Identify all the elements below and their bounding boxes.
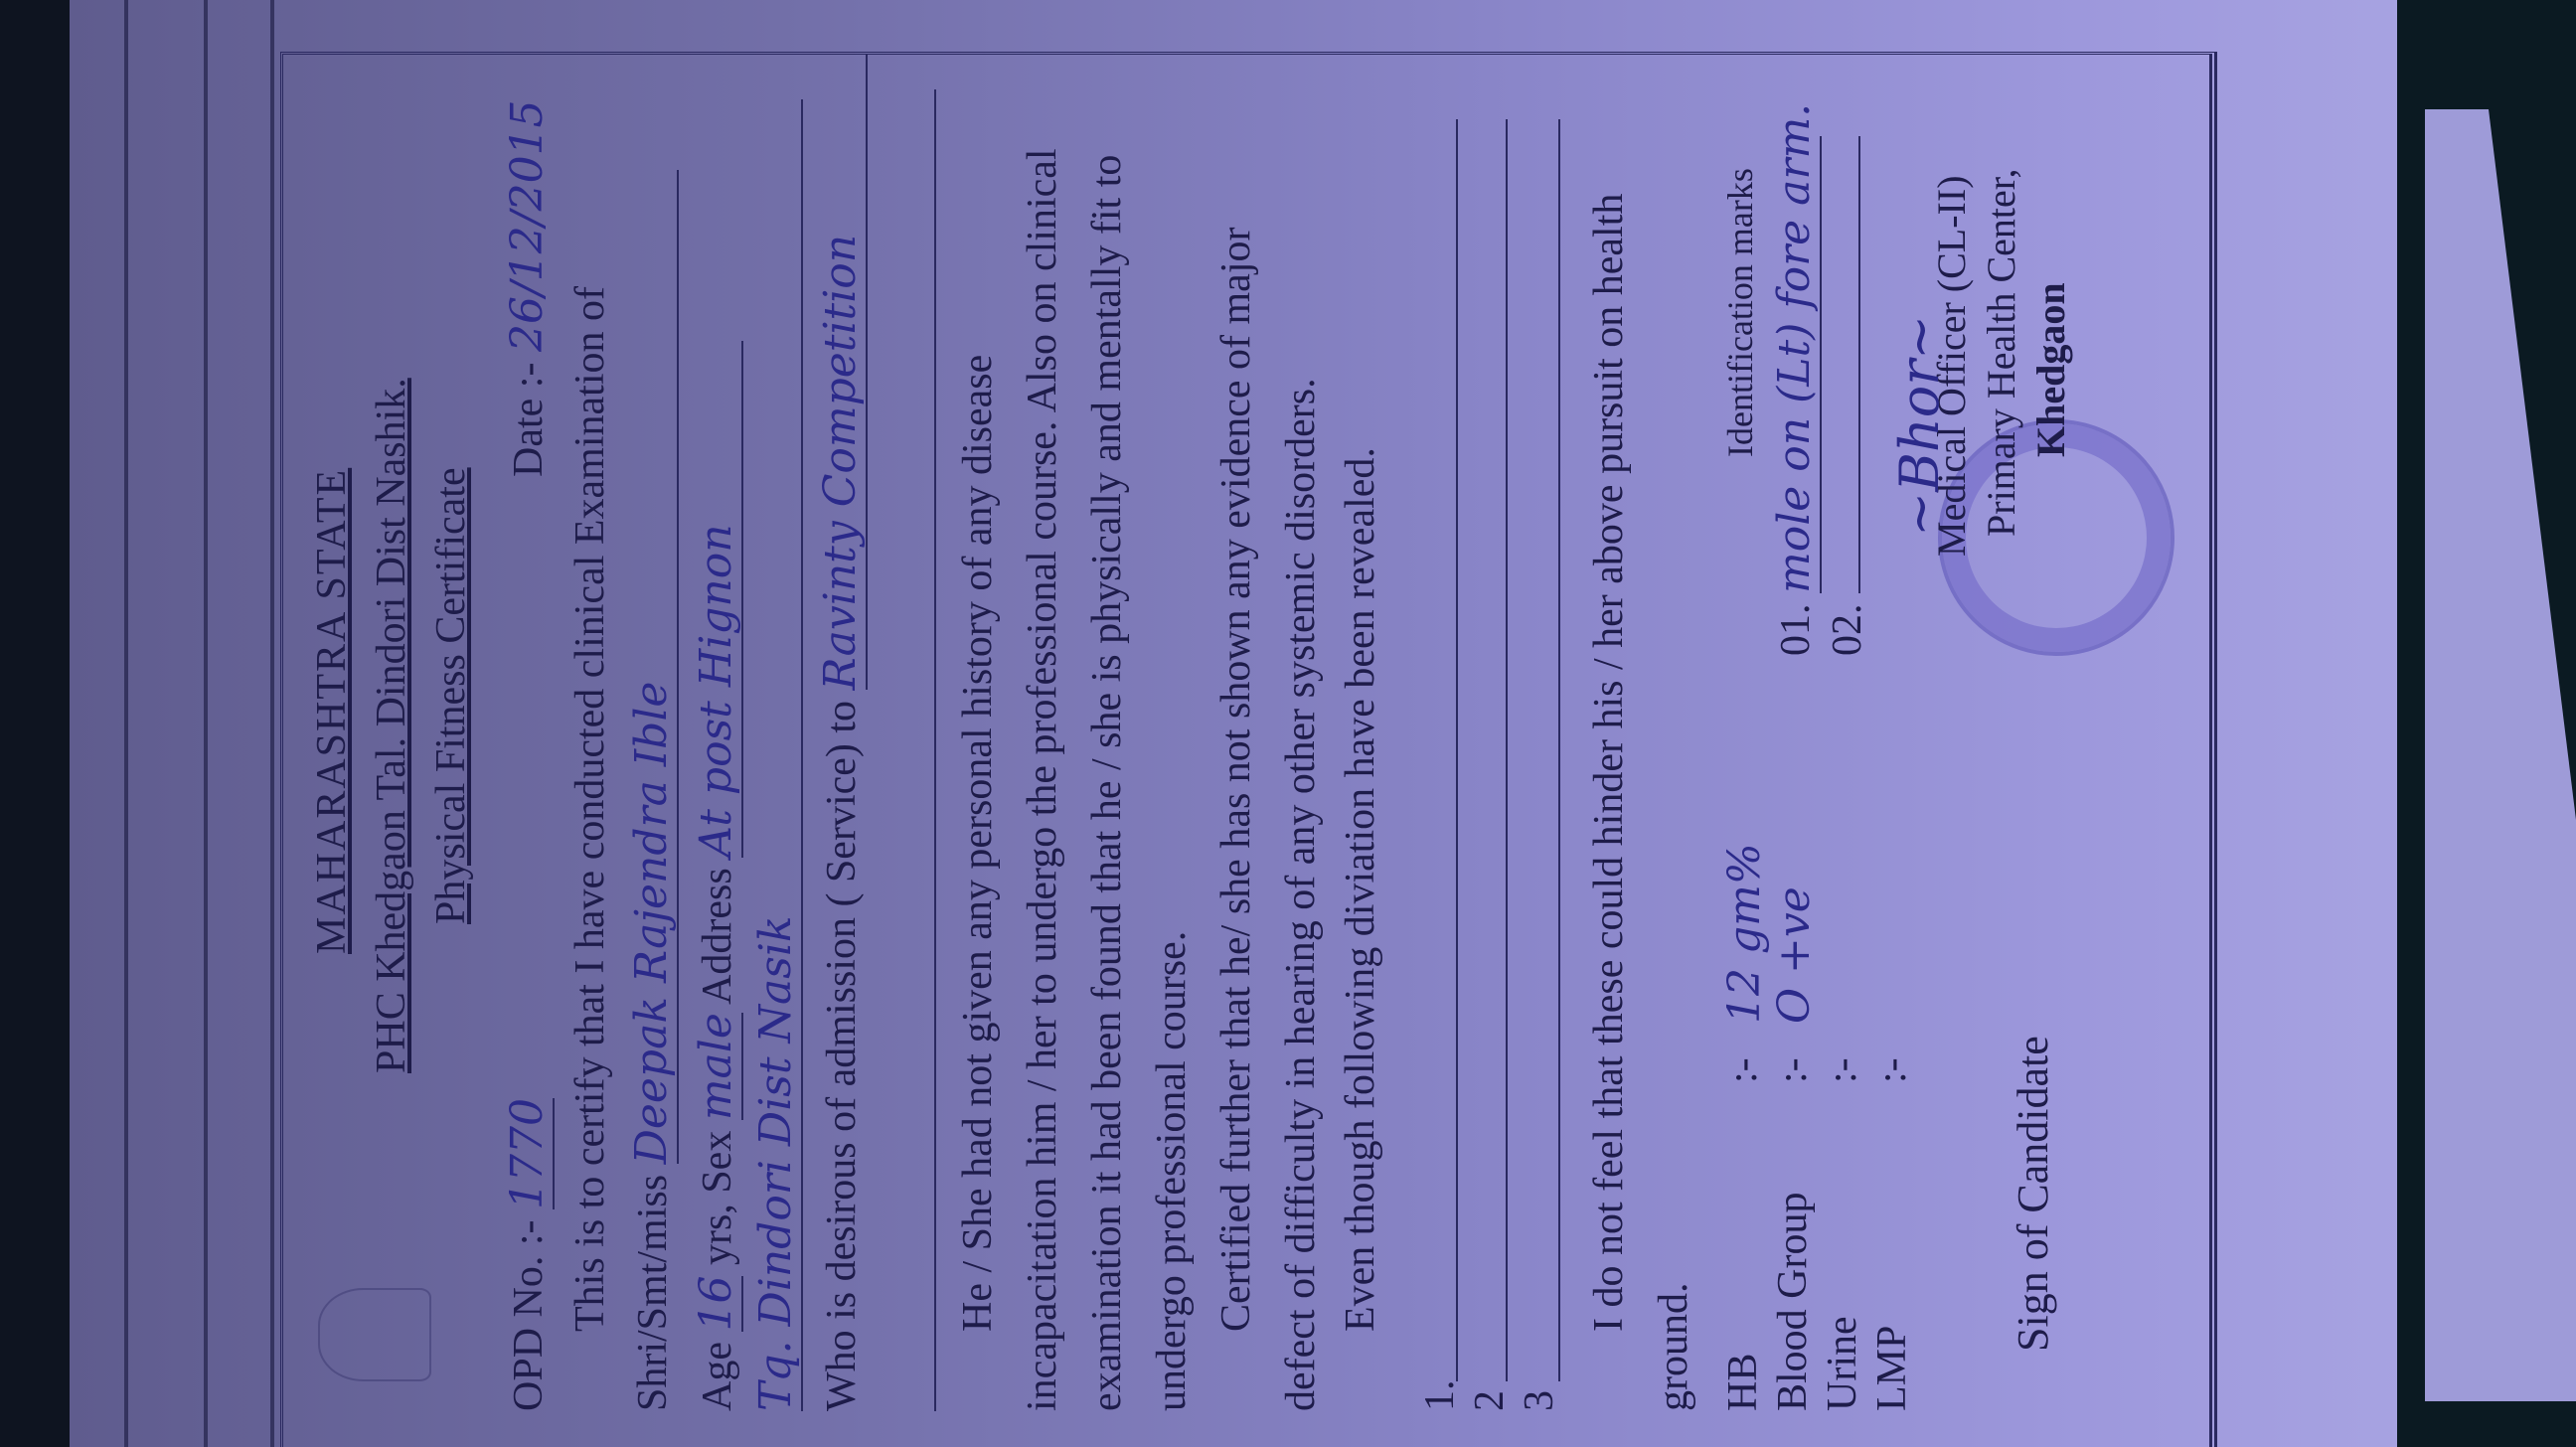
para4-line: ground. — [1650, 1283, 1697, 1412]
para3-line: Even though following diviation have bee… — [1337, 447, 1384, 1332]
certify-text: This is to certify that I have conducted… — [566, 286, 614, 1332]
para1-line: examination it had been found that he / … — [1083, 155, 1131, 1411]
age-sex-address-row: Age 16 yrs, Sex male Address At post Hig… — [691, 341, 743, 1411]
vital-urine: Urine:- — [1819, 1316, 1866, 1411]
officer-location: Khedgaon — [2027, 282, 2074, 457]
id-mark-value: mole on (Lt) fore arm. — [1769, 136, 1822, 593]
date-row: Date :- 26/12/2015 — [502, 99, 553, 477]
id-mark-num: 01. — [1773, 604, 1819, 657]
certificate: MAHARASHTRA STATE PHC Khedgaon Tal. Dind… — [298, 60, 2167, 1411]
vital-label: LMP — [1869, 1326, 1915, 1411]
blank-line — [934, 89, 936, 1411]
vital-blood-group: Blood Group:-O +ve — [1769, 1193, 1817, 1412]
name-value: Deepak Rajendra Ible — [626, 170, 679, 1164]
id-mark-2: 02. — [1824, 136, 1871, 656]
opd-value: 1770 — [502, 1098, 555, 1209]
institution-heading: PHC Khedgaon Tal. Dindori Dist Nashik. — [368, 378, 415, 1073]
para1-line: He / She had not given any personal hist… — [954, 355, 1002, 1332]
para2-line: Certified further that he/ she has not s… — [1212, 228, 1260, 1332]
age-value: 16 — [691, 1276, 743, 1332]
address-label: Address — [695, 868, 740, 1005]
state-heading: MAHARASHTRA STATE — [308, 468, 356, 954]
deviation-2-label: 2 — [1466, 1390, 1514, 1411]
age-label: Age — [695, 1342, 740, 1411]
page-edge-line — [270, 0, 274, 1447]
vital-label: Blood Group — [1770, 1193, 1816, 1412]
deviation-1-line — [1456, 119, 1458, 1381]
deviation-1-label: 1. — [1416, 1380, 1464, 1412]
vital-label: Urine — [1820, 1316, 1865, 1411]
page-edge-line — [204, 0, 208, 1447]
vital-value: 12 gm% — [1719, 843, 1770, 1024]
para2-line: defect of difficulty in hearing of any o… — [1277, 378, 1325, 1411]
vital-hb: HB:-12 gm% — [1719, 1354, 1767, 1411]
sign-candidate-label: Sign of Candidate — [2008, 1036, 2058, 1352]
para1-line: undergo professional course. — [1148, 931, 1196, 1411]
officer-center: Primary Health Center, — [1978, 168, 2024, 537]
address-value-1: At post Hignon — [691, 341, 743, 858]
id-mark-1: 01. mole on (Lt) fore arm. — [1769, 136, 1822, 656]
id-mark-num: 02. — [1825, 604, 1870, 657]
certificate-title: Physical Fitness Certificate — [427, 467, 475, 924]
vital-lmp: LMP:- — [1868, 1326, 1916, 1411]
name-label: Shri/Smt/miss — [630, 1175, 676, 1411]
page-edge-line — [124, 0, 128, 1447]
logo-icon — [318, 1288, 431, 1381]
name-row: Shri/Smt/miss Deepak Rajendra Ible — [626, 170, 679, 1411]
sex-label: yrs, Sex — [695, 1131, 740, 1265]
sex-value: male — [691, 1013, 743, 1120]
admission-label: Who is desirous of admission ( Service) … — [819, 701, 865, 1411]
id-marks-label: Identification marks — [1719, 168, 1761, 457]
deviation-3-line — [1558, 119, 1560, 1381]
officer-signature: ~Bhor~ — [1888, 315, 1951, 537]
opd-row: OPD No. :- 1770 — [502, 1098, 555, 1411]
deviation-2-line — [1506, 119, 1508, 1381]
vital-label: HB — [1720, 1354, 1766, 1411]
para4-line: I do not feel that these could hinder hi… — [1585, 194, 1633, 1332]
vital-value: O +ve — [1769, 886, 1820, 1024]
para1-line: incapacitation him / her to undergo the … — [1019, 148, 1066, 1411]
opd-label: OPD No. :- — [506, 1219, 552, 1411]
date-value: 26/12/2015 — [502, 99, 553, 352]
admission-value: Ravinty Competition — [815, 54, 868, 690]
date-label: Date :- — [506, 363, 552, 477]
address-row-2: Tq. Dindori Dist Nasik — [750, 99, 803, 1411]
background-left — [0, 0, 80, 1447]
admission-row: Who is desirous of admission ( Service) … — [815, 54, 868, 1411]
address-value-2: Tq. Dindori Dist Nasik — [750, 99, 803, 1411]
deviation-3-label: 3 — [1516, 1390, 1563, 1411]
